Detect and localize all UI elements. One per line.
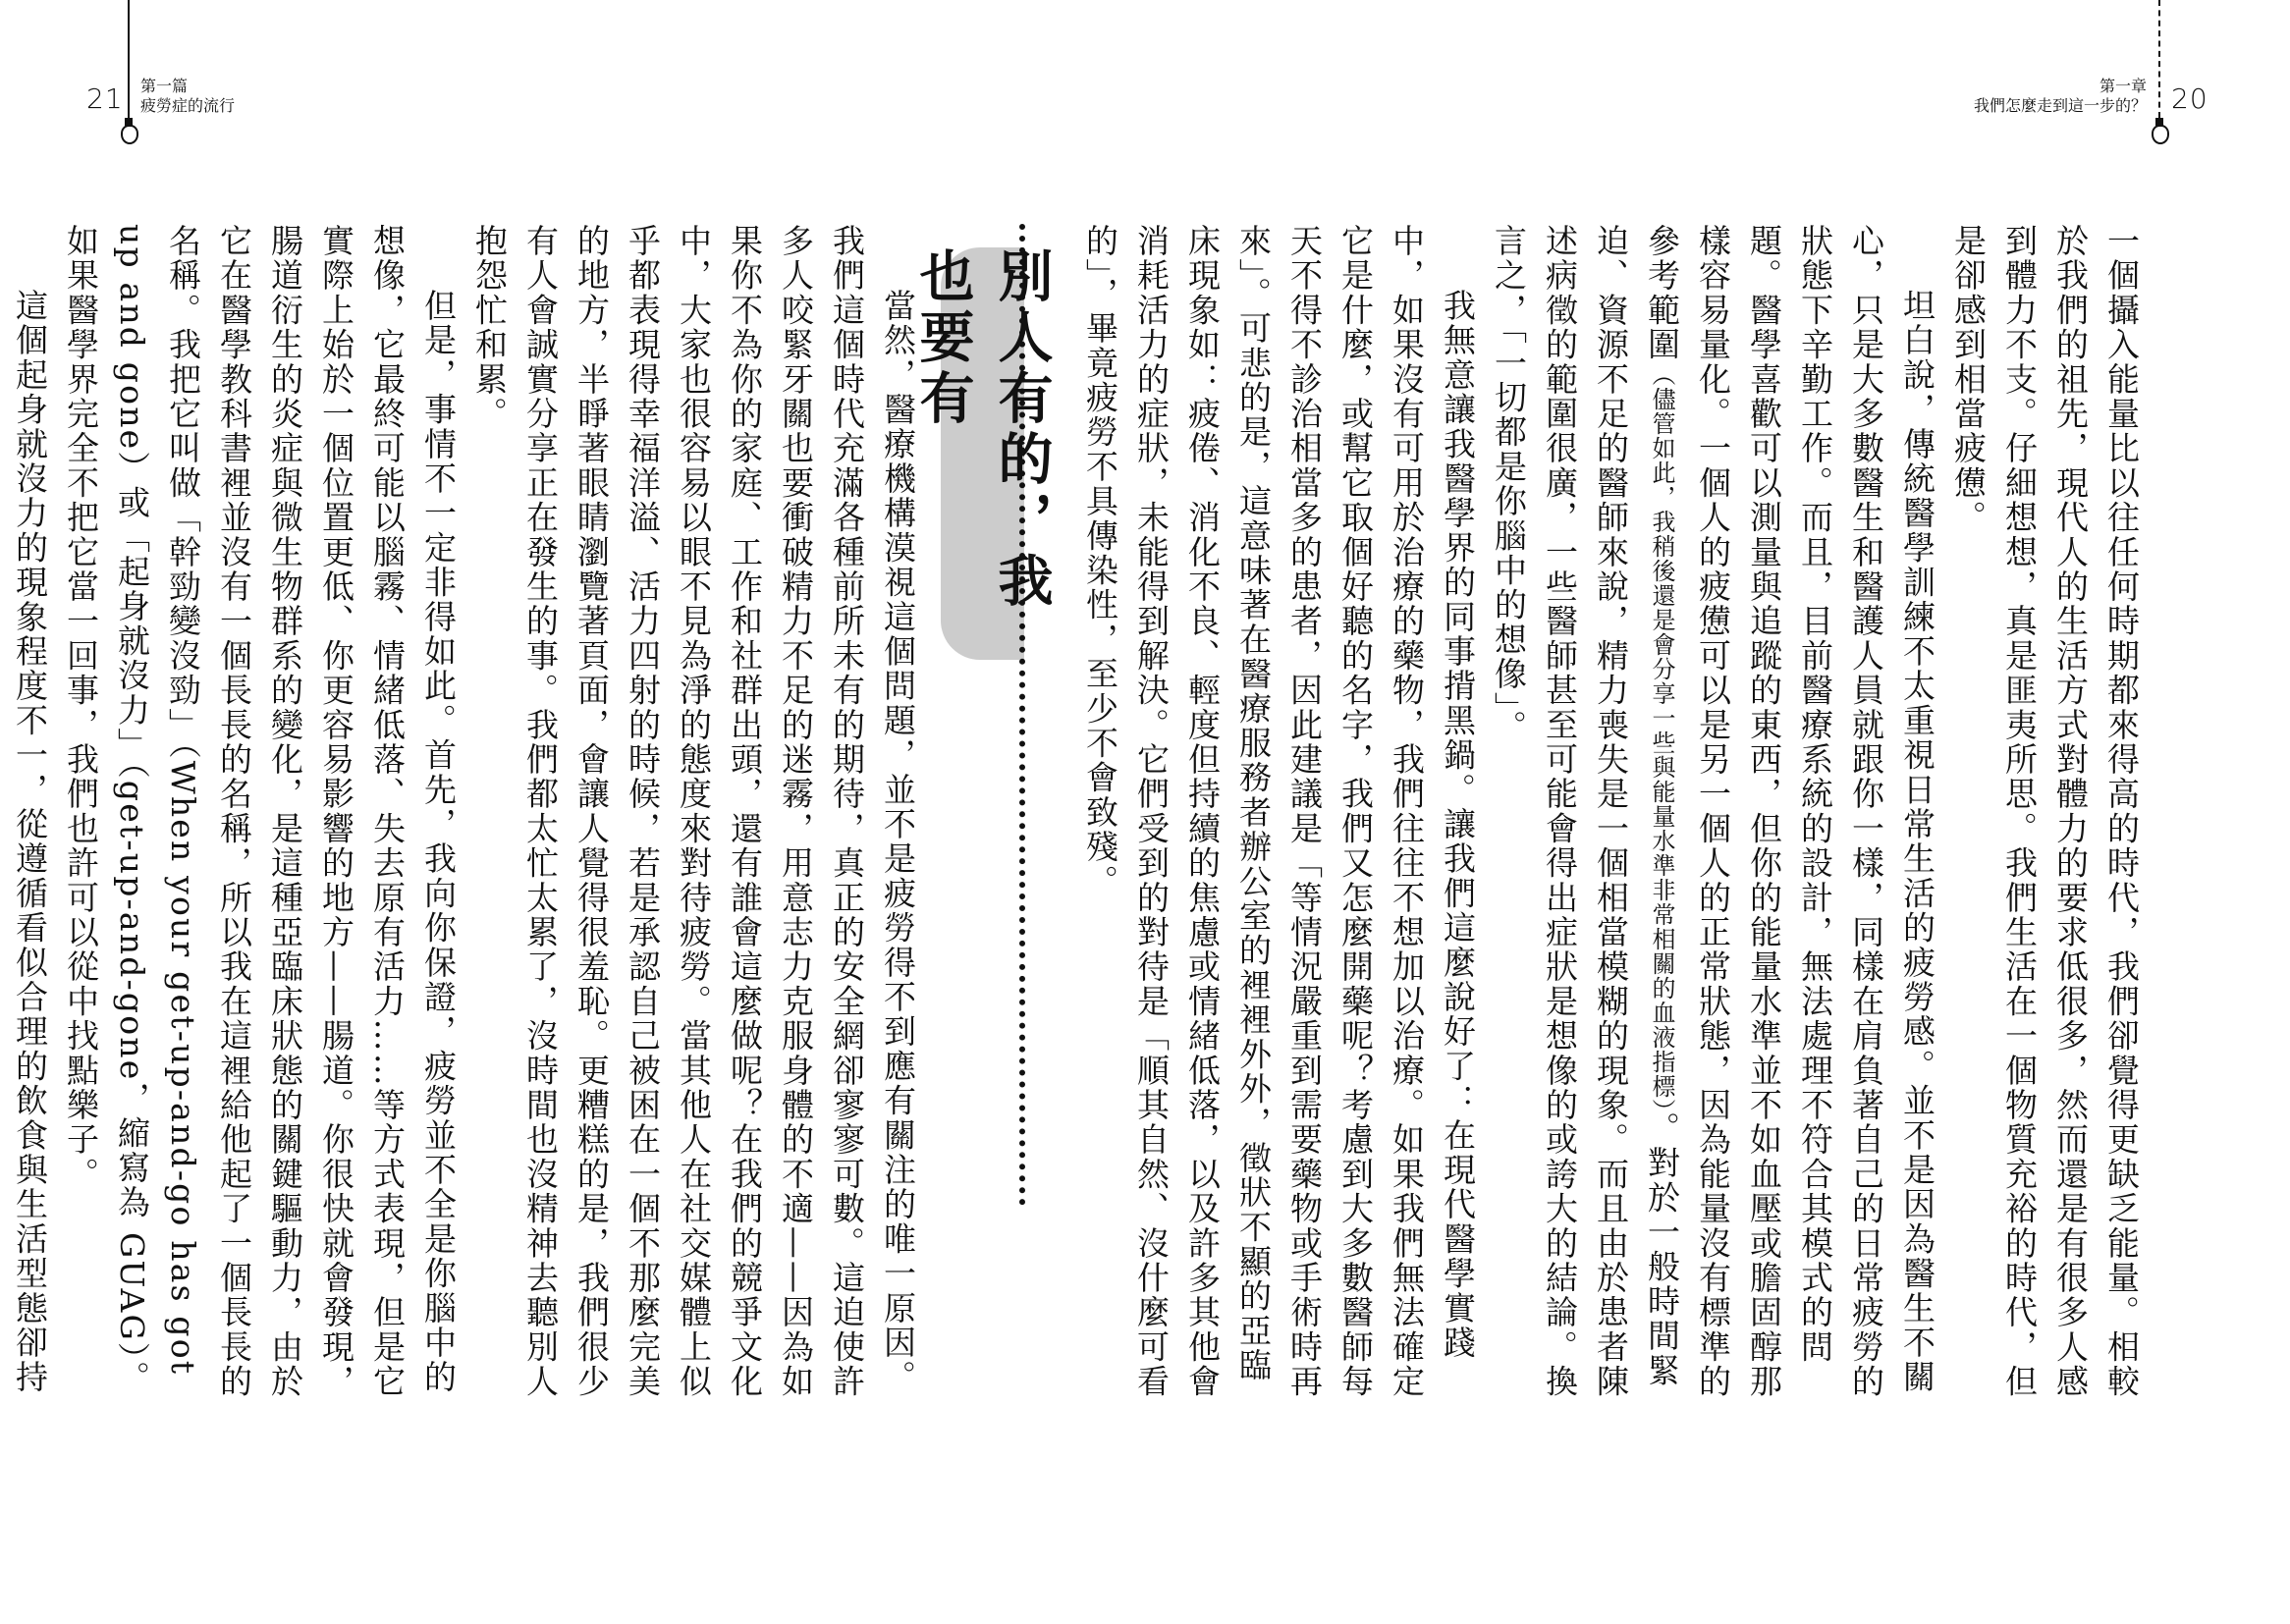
section-title-tab: 別人有的，我也要有 [941, 247, 1024, 660]
body-text-left: 當然，醫療機構漠視這個問題，並不是疲勞得不到應有關注的唯一原因。我們這個時代充滿… [137, 224, 923, 1402]
running-head: 第一篇 疲勞症的流行 [140, 77, 235, 116]
running-head: 第一章 我們怎麼走到這一步的？ [1950, 77, 2147, 116]
hanging-cord-line [128, 0, 130, 118]
running-head-chapter: 第一章 [1950, 77, 2147, 96]
dotted-divider [1019, 224, 1025, 1206]
paragraph: 但是，事情不一定非得如此。首先，我向你保證，疲勞並不全是你腦中的想像，它最終可能… [55, 224, 463, 1402]
running-head-part: 第一篇 [140, 77, 235, 96]
lightbulb-icon [2151, 118, 2168, 145]
body-text-right: 一個攝入能量比以往任何時期都來得高的時代，我們卻覺得更缺乏能量。相較於我們的祖先… [1302, 224, 2147, 1402]
hanging-cord-line [2158, 0, 2160, 118]
paragraph: 這個起身就沒力的現象程度不一，從遵循看似合理的飲食與生活型態卻持續輕度疲勞，到難 [0, 224, 55, 1402]
paragraph: 我無意讓我醫學界的同事揹黑鍋。讓我們這麼說好了：在現代醫學實踐中，如果沒有可用於… [1074, 224, 1483, 1402]
paragraph: 當然，醫療機構漠視這個問題，並不是疲勞得不到應有關注的唯一原因。我們這個時代充滿… [463, 224, 923, 1402]
left-page: 21 第一篇 疲勞症的流行 別人有的，我也要有 當然，醫療機構漠視這個問題，並不… [0, 0, 1145, 1624]
paragraph: 坦白說，傳統醫學訓練不太重視日常生活的疲勞感。並不是因為醫生不關心，只是大多數醫… [1483, 224, 1942, 1402]
page-number: 21 [86, 82, 124, 115]
page-number: 20 [2171, 82, 2208, 115]
right-page: 20 第一章 我們怎麼走到這一步的？ 一個攝入能量比以往任何時期都來得高的時代，… [1145, 0, 2290, 1624]
lightbulb-icon [120, 118, 137, 145]
parenthetical-note: （儘管如此，我稍後還是會分享一些與能量水準非常相關的血液指標） [1648, 362, 1675, 1111]
running-head-title: 我們怎麼走到這一步的？ [1950, 96, 2147, 116]
section-title: 別人有的，我也要有 [904, 247, 1062, 660]
paragraph: 一個攝入能量比以往任何時期都來得高的時代，我們卻覺得更缺乏能量。相較於我們的祖先… [1942, 224, 2147, 1402]
running-head-title: 疲勞症的流行 [140, 96, 235, 116]
